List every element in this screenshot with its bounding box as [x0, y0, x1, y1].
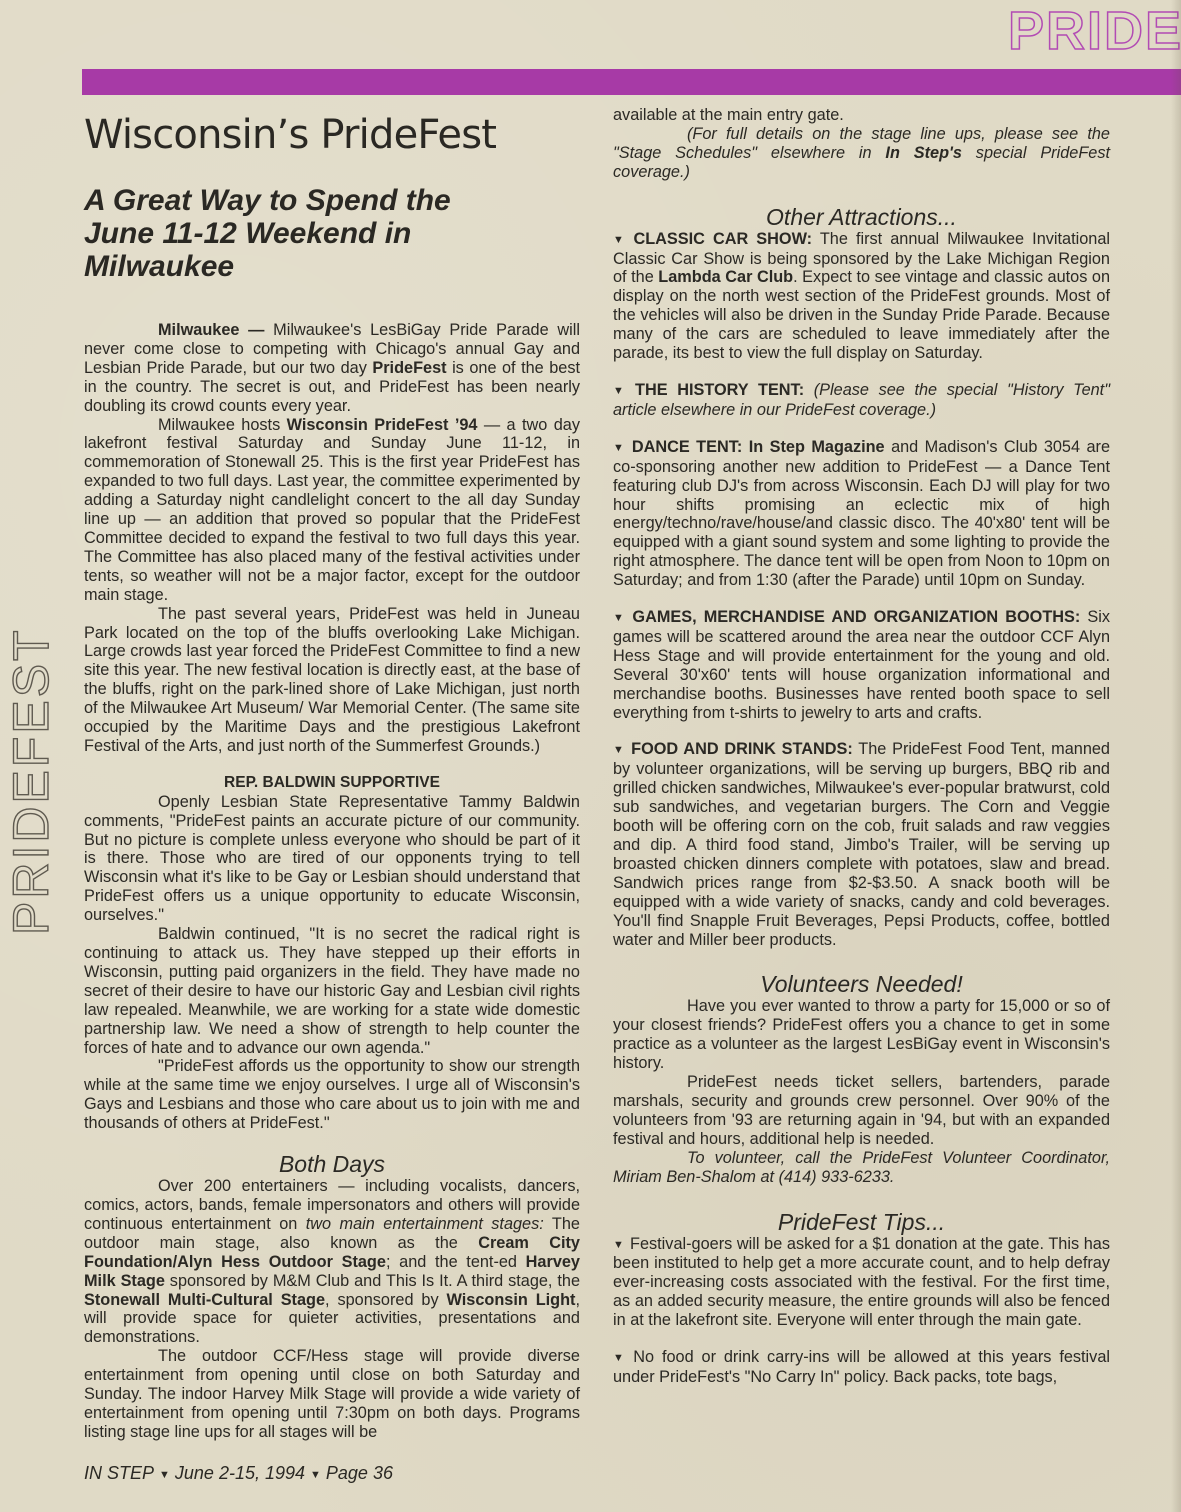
editor-note: (For full details on the stage line ups,… [613, 125, 1110, 182]
section-heading-volunteers: Volunteers Needed! [613, 971, 1110, 997]
triangle-bullet-icon: ▼ [613, 385, 629, 397]
attraction-dance-tent: ▼DANCE TENT: In Step Magazine and Madiso… [613, 438, 1110, 590]
paragraph: "PrideFest affords us the opportunity to… [84, 1057, 580, 1133]
masthead-pride-outline: PRIDE [1008, 4, 1181, 58]
triangle-bullet-icon: ▼ [613, 1239, 624, 1251]
page-number: Page 36 [326, 1463, 393, 1483]
page-footer: IN STEP▼June 2-15, 1994▼Page 36 [84, 1462, 393, 1486]
paragraph: Over 200 entertainers — including vocali… [84, 1177, 580, 1347]
section-heading-both-days: Both Days [84, 1151, 580, 1177]
section-heading-other-attractions: Other Attractions... [613, 204, 1110, 230]
paragraph: Have you ever wanted to throw a party fo… [613, 997, 1110, 1073]
attraction-car-show: ▼CLASSIC CAR SHOW: The first annual Milw… [613, 230, 1110, 363]
attraction-food-drink: ▼FOOD AND DRINK STANDS: The PrideFest Fo… [613, 740, 1110, 949]
triangle-bullet-icon: ▼ [613, 234, 627, 246]
triangle-bullet-icon: ▼ [613, 442, 626, 454]
tip-item: ▼Festival-goers will be asked for a $1 d… [613, 1235, 1110, 1331]
paragraph: Baldwin continued, "It is no secret the … [84, 925, 580, 1057]
attraction-history-tent: ▼THE HISTORY TENT: (Please see the speci… [613, 381, 1110, 420]
triangle-bullet-icon: ▼ [613, 744, 625, 756]
section-heading-tips: PrideFest Tips... [613, 1209, 1110, 1235]
triangle-bullet-icon: ▼ [159, 1469, 170, 1481]
left-column: Wisconsin’s PrideFest A Great Way to Spe… [84, 108, 580, 1442]
volunteer-contact: To volunteer, call the PrideFest Volunte… [613, 1149, 1110, 1187]
triangle-bullet-icon: ▼ [613, 1352, 627, 1364]
paragraph: The past several years, PrideFest was he… [84, 605, 580, 756]
attraction-games-booths: ▼GAMES, MERCHANDISE AND ORGANIZATION BOO… [613, 608, 1110, 722]
page-edge-shadow [1171, 0, 1181, 1512]
magenta-header-bar [82, 69, 1181, 95]
intro-paragraph: Milwaukee — Milwaukee's LesBiGay Pride P… [84, 321, 580, 416]
paragraph: available at the main entry gate. [613, 106, 1110, 125]
page-title: Wisconsin’s PrideFest [84, 110, 580, 160]
section-heading-baldwin: REP. BALDWIN SUPPORTIVE [84, 774, 580, 793]
triangle-bullet-icon: ▼ [310, 1469, 321, 1481]
article-subhead: A Great Way to Spend the June 11-12 Week… [84, 184, 524, 283]
paragraph: The outdoor CCF/Hess stage will provide … [84, 1347, 580, 1442]
paragraph: Openly Lesbian State Representative Tamm… [84, 793, 580, 925]
paragraph: Milwaukee hosts Wisconsin PrideFest ’94 … [84, 416, 580, 605]
dateline: Milwaukee — [158, 321, 264, 339]
tip-item: ▼No food or drink carry-ins will be allo… [613, 1348, 1110, 1387]
publication-name: IN STEP [84, 1463, 154, 1483]
vertical-section-label: PRIDEFEST [6, 627, 56, 935]
paragraph: PrideFest needs ticket sellers, bartende… [613, 1073, 1110, 1149]
triangle-bullet-icon: ▼ [613, 612, 626, 624]
right-column: available at the main entry gate. (For f… [613, 106, 1110, 1387]
issue-date: June 2-15, 1994 [175, 1463, 305, 1483]
